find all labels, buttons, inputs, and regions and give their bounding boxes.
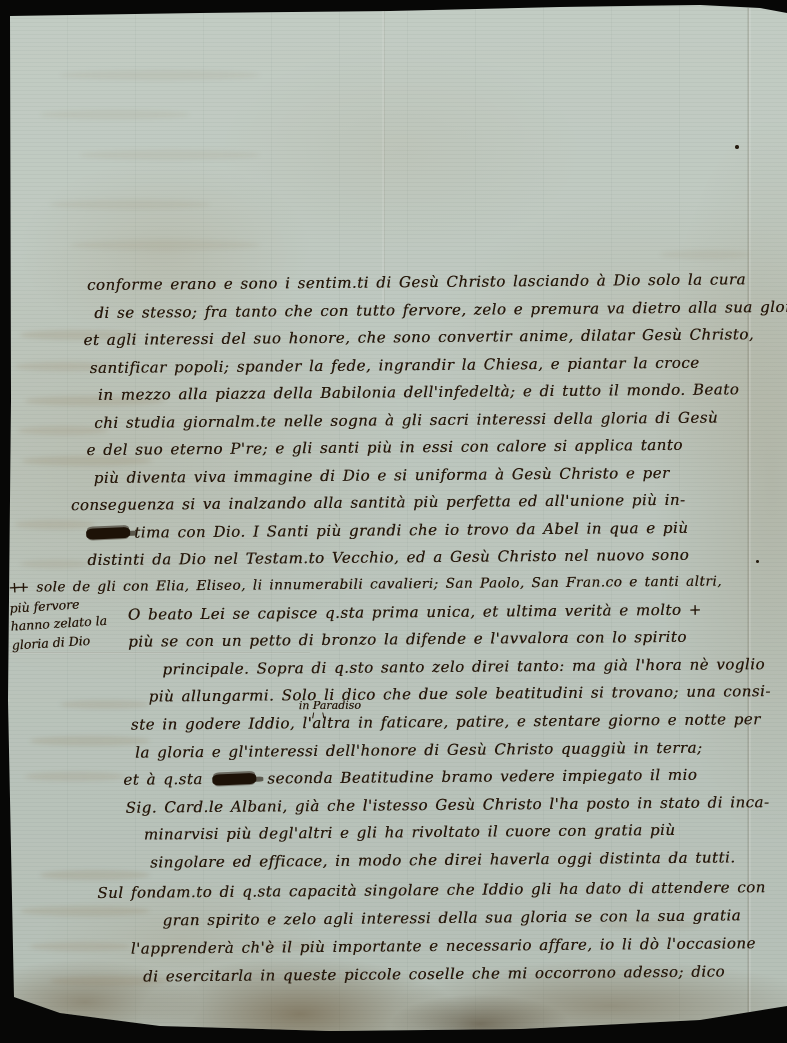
handwritten-line: conforme erano e sono i sentim.ti di Ges…	[87, 270, 746, 294]
handwritten-line: conseguenza si va inalzando alla santità…	[71, 491, 686, 514]
handwritten-line: et agli interessi del suo honore, che so…	[83, 325, 754, 349]
margin-note: + più fervore hanno zelato la gloria di …	[8, 572, 127, 655]
handwritten-line: gran spirito e zelo agli interessi della…	[162, 906, 741, 929]
handwritten-line: la gloria e gl'interessi dell'honore di …	[135, 739, 703, 762]
handwritten-line: tima con Dio. I Santi più grandi che io …	[84, 519, 688, 542]
ink-speck	[735, 145, 739, 149]
ink-speck	[756, 560, 759, 563]
handwritten-line: principale. Sopra di q.sto santo zelo di…	[162, 655, 765, 678]
handwritten-line: Sul fondam.to di q.sta capacità singolar…	[97, 878, 766, 902]
handwritten-line: più diventa viva immagine di Dio e si un…	[94, 464, 670, 487]
handwritten-line: minarvisi più degl'altri e gli ha rivolt…	[144, 821, 676, 844]
handwritten-line: O beato Lei se capisce q.sta prima unica…	[128, 601, 702, 624]
handwritten-line: santificar popoli; spander la fede, ingr…	[90, 354, 700, 377]
manuscript-page: conforme erano e sono i sentim.ti di Ges…	[0, 0, 787, 1043]
handwritten-line: in mezzo alla piazza della Babilonia del…	[98, 380, 739, 404]
handwritten-line: ste in godere Iddio, l'altra in faticare…	[131, 710, 761, 733]
handwritten-line: Sig. Card.le Albani, già che l'istesso G…	[125, 793, 769, 817]
handwritten-line: l'apprenderà ch'è il più importante e ne…	[131, 934, 756, 957]
handwritten-line: più allungarmi. Solo li dico che due sol…	[149, 682, 771, 705]
handwritten-line: distinti da Dio nel Testam.to Vecchio, e…	[87, 546, 689, 569]
scan-backdrop: conforme erano e sono i sentim.ti di Ges…	[0, 0, 787, 1043]
handwritten-line: di esercitarla in queste piccole coselle…	[143, 962, 725, 985]
inked-out-word	[212, 773, 256, 786]
handwriting-layer: conforme erano e sono i sentim.ti di Ges…	[0, 0, 787, 1043]
handwritten-line: e del suo eterno P're; e gli santi più i…	[86, 436, 683, 459]
interlinear-insertion: in Paradiso	[299, 699, 361, 719]
handwritten-line: più se con un petto di bronzo la difende…	[128, 628, 687, 651]
handwritten-line: di se stesso; fra tanto che con tutto fe…	[94, 298, 787, 322]
inked-out-word	[86, 527, 130, 540]
handwritten-line: et à q.sta seconda Beatitudine bramo ved…	[123, 766, 697, 789]
handwritten-line: singolare ed efficace, in modo che direi…	[150, 848, 736, 871]
handwritten-line: chi studia giornalm.te nelle sogna à gli…	[94, 409, 718, 432]
